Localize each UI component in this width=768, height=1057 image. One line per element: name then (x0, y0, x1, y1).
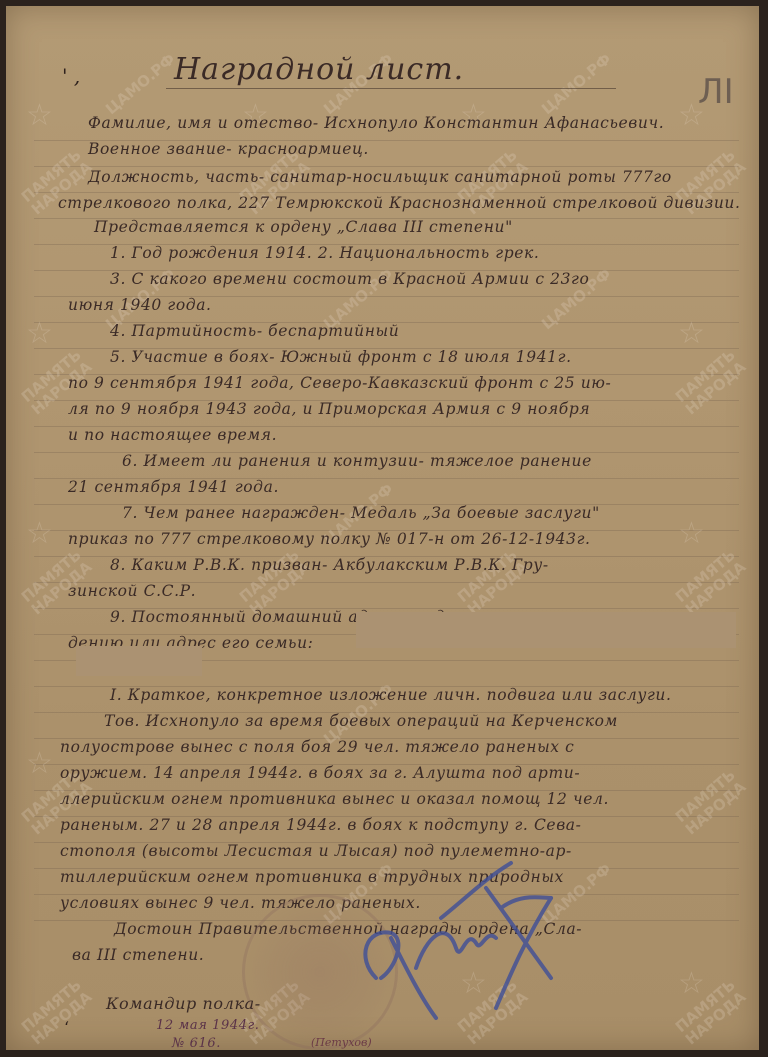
feat-line: ллерийским огнем противника вынес и оказ… (60, 790, 609, 808)
award-sheet-page: ЦАМО.РФ ЦАМО.РФ ЦАМО.РФ ЦАМО.РФ ЦАМО.РФ … (6, 6, 759, 1050)
feat-line: раненым. 27 и 28 апреля 1944г. в боях к … (60, 816, 582, 834)
feat-line: полуострове вынес с поля боя 29 чел. тяж… (60, 738, 574, 756)
star-watermark-icon: ☆ (678, 516, 705, 551)
star-watermark-icon: ☆ (26, 516, 53, 551)
field-battles-line4: и по настоящее время. (68, 426, 277, 444)
title-underline (166, 88, 616, 89)
redacted-address (356, 612, 736, 648)
watermark-portal: ПАМЯТЬНАРОДА (672, 976, 748, 1047)
signer-name: (Петухов) (311, 1036, 372, 1049)
signature-date: 12 мая 1944г. (156, 1018, 260, 1033)
corner-check-mark: ЛІ (698, 72, 734, 112)
watermark-portal: ПАМЯТЬНАРОДА (672, 766, 748, 837)
field-birth-nationality: 1. Год рождения 1914. 2. Национальность … (110, 244, 539, 262)
field-draft-office-cont: зинской С.С.Р. (68, 582, 196, 600)
field-wounds-cont: 21 сентября 1941 года. (68, 478, 279, 496)
field-party: 4. Партийность- беспартийный (110, 322, 399, 340)
margin-mark-bottom: ʻ (64, 1018, 69, 1037)
field-prior-awards-cont: приказ по 777 стрелковому полку № 017-н … (68, 530, 591, 548)
document-title: Наградной лист. (174, 52, 464, 87)
field-full-name: Фамилие, имя и отество- Исхнопуло Конста… (88, 114, 664, 132)
feat-line: ва III степени. (72, 946, 204, 964)
star-watermark-icon: ☆ (26, 98, 53, 133)
field-position-line1: Должность, часть- санитар-носильщик сани… (88, 168, 672, 186)
watermark-archive: ЦАМО.РФ (539, 51, 614, 118)
field-position-line2: стрелкового полка, 227 Темрюкской Красно… (58, 194, 741, 212)
feat-line: Тов. Исхнопуло за время боевых операций … (104, 712, 618, 730)
ruled-line (34, 166, 739, 167)
field-wounds: 6. Имеет ли ранения и контузии- тяжелое … (122, 452, 592, 470)
watermark-portal: ПАМЯТЬНАРОДА (672, 346, 748, 417)
ruled-line (34, 192, 739, 193)
field-nominated-for: Представляется к ордену „Слава III степе… (94, 218, 513, 236)
field-battles-line1: 5. Участие в боях- Южный фронт с 18 июля… (110, 348, 572, 366)
document-number: № 616. (172, 1036, 221, 1051)
section-heading: I. Краткое, конкретное изложение личн. п… (110, 686, 672, 704)
field-army-since-cont: июня 1940 года. (68, 296, 212, 314)
blue-pencil-resolution-signature (336, 858, 576, 1028)
margin-mark: ' , (62, 64, 80, 88)
field-battles-line2: по 9 сентября 1941 года, Северо-Кавказск… (68, 374, 611, 392)
field-battles-line3: ля по 9 ноября 1943 года, и Приморская А… (68, 400, 590, 418)
commander-title: Командир полка- (106, 994, 261, 1013)
field-army-since: 3. С какого времени состоит в Красной Ар… (110, 270, 589, 288)
feat-line: оружием. 14 апреля 1944г. в боях за г. А… (60, 764, 580, 782)
watermark-portal: ПАМЯТЬНАРОДА (18, 976, 94, 1047)
field-prior-awards: 7. Чем ранее награжден- Медаль „За боевы… (122, 504, 600, 522)
field-military-rank: Военное звание- красноармиец. (88, 140, 369, 158)
field-draft-office: 8. Каким Р.В.К. призван- Акбулакским Р.В… (110, 556, 549, 574)
star-watermark-icon: ☆ (678, 966, 705, 1001)
redacted-address (76, 646, 202, 676)
watermark-archive: ЦАМО.РФ (103, 51, 178, 118)
